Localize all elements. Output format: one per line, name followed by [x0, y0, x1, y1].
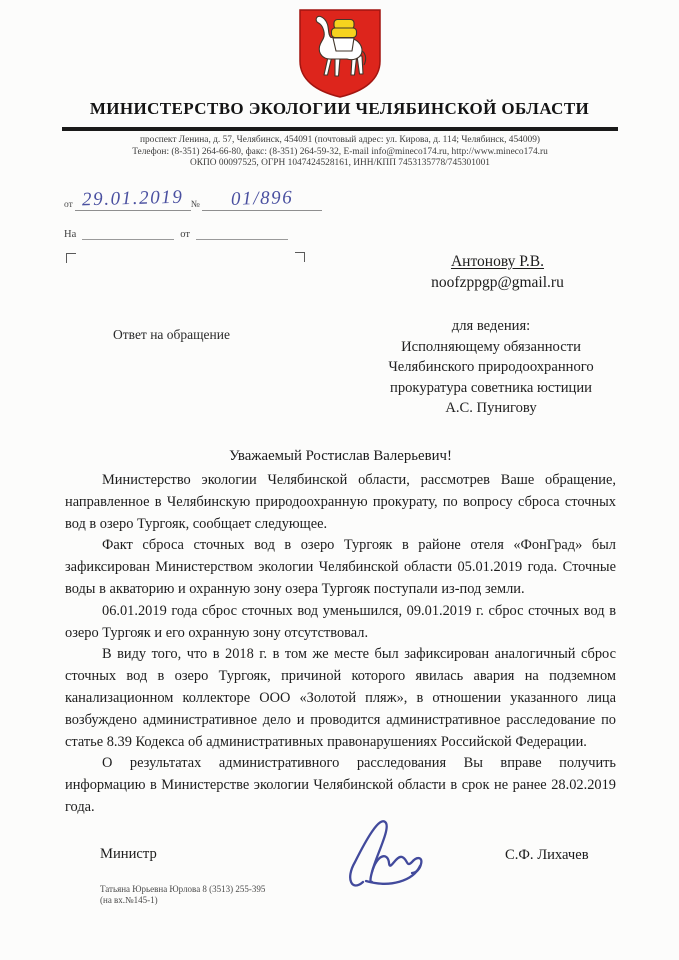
handwritten-date: 29.01.2019 — [82, 187, 184, 212]
subject-line: Ответ на обращение — [113, 327, 230, 343]
signer-name: С.Ф. Лихачев — [505, 847, 589, 864]
paragraph: Факт сброса сточных вод в озеро Тургояк … — [65, 535, 616, 600]
coat-of-arms-icon — [296, 7, 384, 100]
incoming-date-blank — [196, 227, 288, 240]
executor-note: Татьяна Юрьевна Юрлова 8 (3513) 255-395 … — [100, 884, 265, 906]
scanned-letter-page: МИНИСТЕРСТВО ЭКОЛОГИИ ЧЕЛЯБИНСКОЙ ОБЛАСТ… — [0, 0, 679, 960]
copy-line: прокуратура советника юстиции — [332, 378, 650, 399]
paragraph: В виду того, что в 2018 г. в том же мест… — [65, 644, 616, 753]
number-sign-label: № — [191, 200, 202, 211]
incoming-ref-line: На от — [64, 227, 294, 240]
recipient-email: noofzppgp@gmail.ru — [345, 274, 650, 292]
outgoing-ref-line: от 29.01.2019 № 01/896 — [64, 188, 322, 211]
copy-line: Челябинского природоохранного — [332, 357, 650, 378]
from-label: от — [64, 200, 75, 211]
corner-mark-left — [66, 253, 76, 263]
handwritten-signature-icon — [330, 796, 455, 896]
ministry-title: МИНИСТЕРСТВО ЭКОЛОГИИ ЧЕЛЯБИНСКОЙ ОБЛАСТ… — [0, 99, 679, 119]
address-block: проспект Ленина, д. 57, Челябинск, 45409… — [40, 135, 640, 170]
salutation: Уважаемый Ростислав Валерьевич! — [65, 448, 616, 465]
address-line-2: Телефон: (8-351) 264-66-80, факс: (8-351… — [40, 147, 640, 159]
header-divider — [62, 127, 618, 131]
paragraph: Министерство экологии Челябинской област… — [65, 470, 616, 535]
address-line-3: ОКПО 00097525, ОГРН 1047424528161, ИНН/К… — [40, 158, 640, 170]
copy-line: для ведения: — [332, 316, 650, 337]
recipient-name: Антонову Р.В. — [345, 253, 650, 271]
signer-position: Министр — [100, 846, 157, 863]
number-field: 01/896 — [202, 188, 322, 211]
copy-line: Исполняющему обязанности — [332, 337, 650, 358]
na-from-label: от — [180, 229, 190, 240]
copy-block: для ведения: Исполняющему обязанности Че… — [332, 316, 650, 419]
paragraph: 06.01.2019 года сброс сточных вод уменьш… — [65, 601, 616, 645]
executor-line-1: Татьяна Юрьевна Юрлова 8 (3513) 255-395 — [100, 884, 265, 895]
executor-line-2: (на вх.№145-1) — [100, 895, 265, 906]
date-field: 29.01.2019 — [75, 188, 191, 211]
na-label: На — [64, 229, 76, 240]
incoming-number-blank — [82, 227, 174, 240]
address-line-1: проспект Ленина, д. 57, Челябинск, 45409… — [40, 135, 640, 147]
corner-mark-right — [295, 252, 305, 262]
handwritten-number: 01/896 — [230, 187, 293, 211]
letter-body: Министерство экологии Челябинской област… — [65, 470, 616, 819]
recipient-block: Антонову Р.В. noofzppgp@gmail.ru — [345, 253, 650, 292]
copy-line: А.С. Пунигову — [332, 398, 650, 419]
